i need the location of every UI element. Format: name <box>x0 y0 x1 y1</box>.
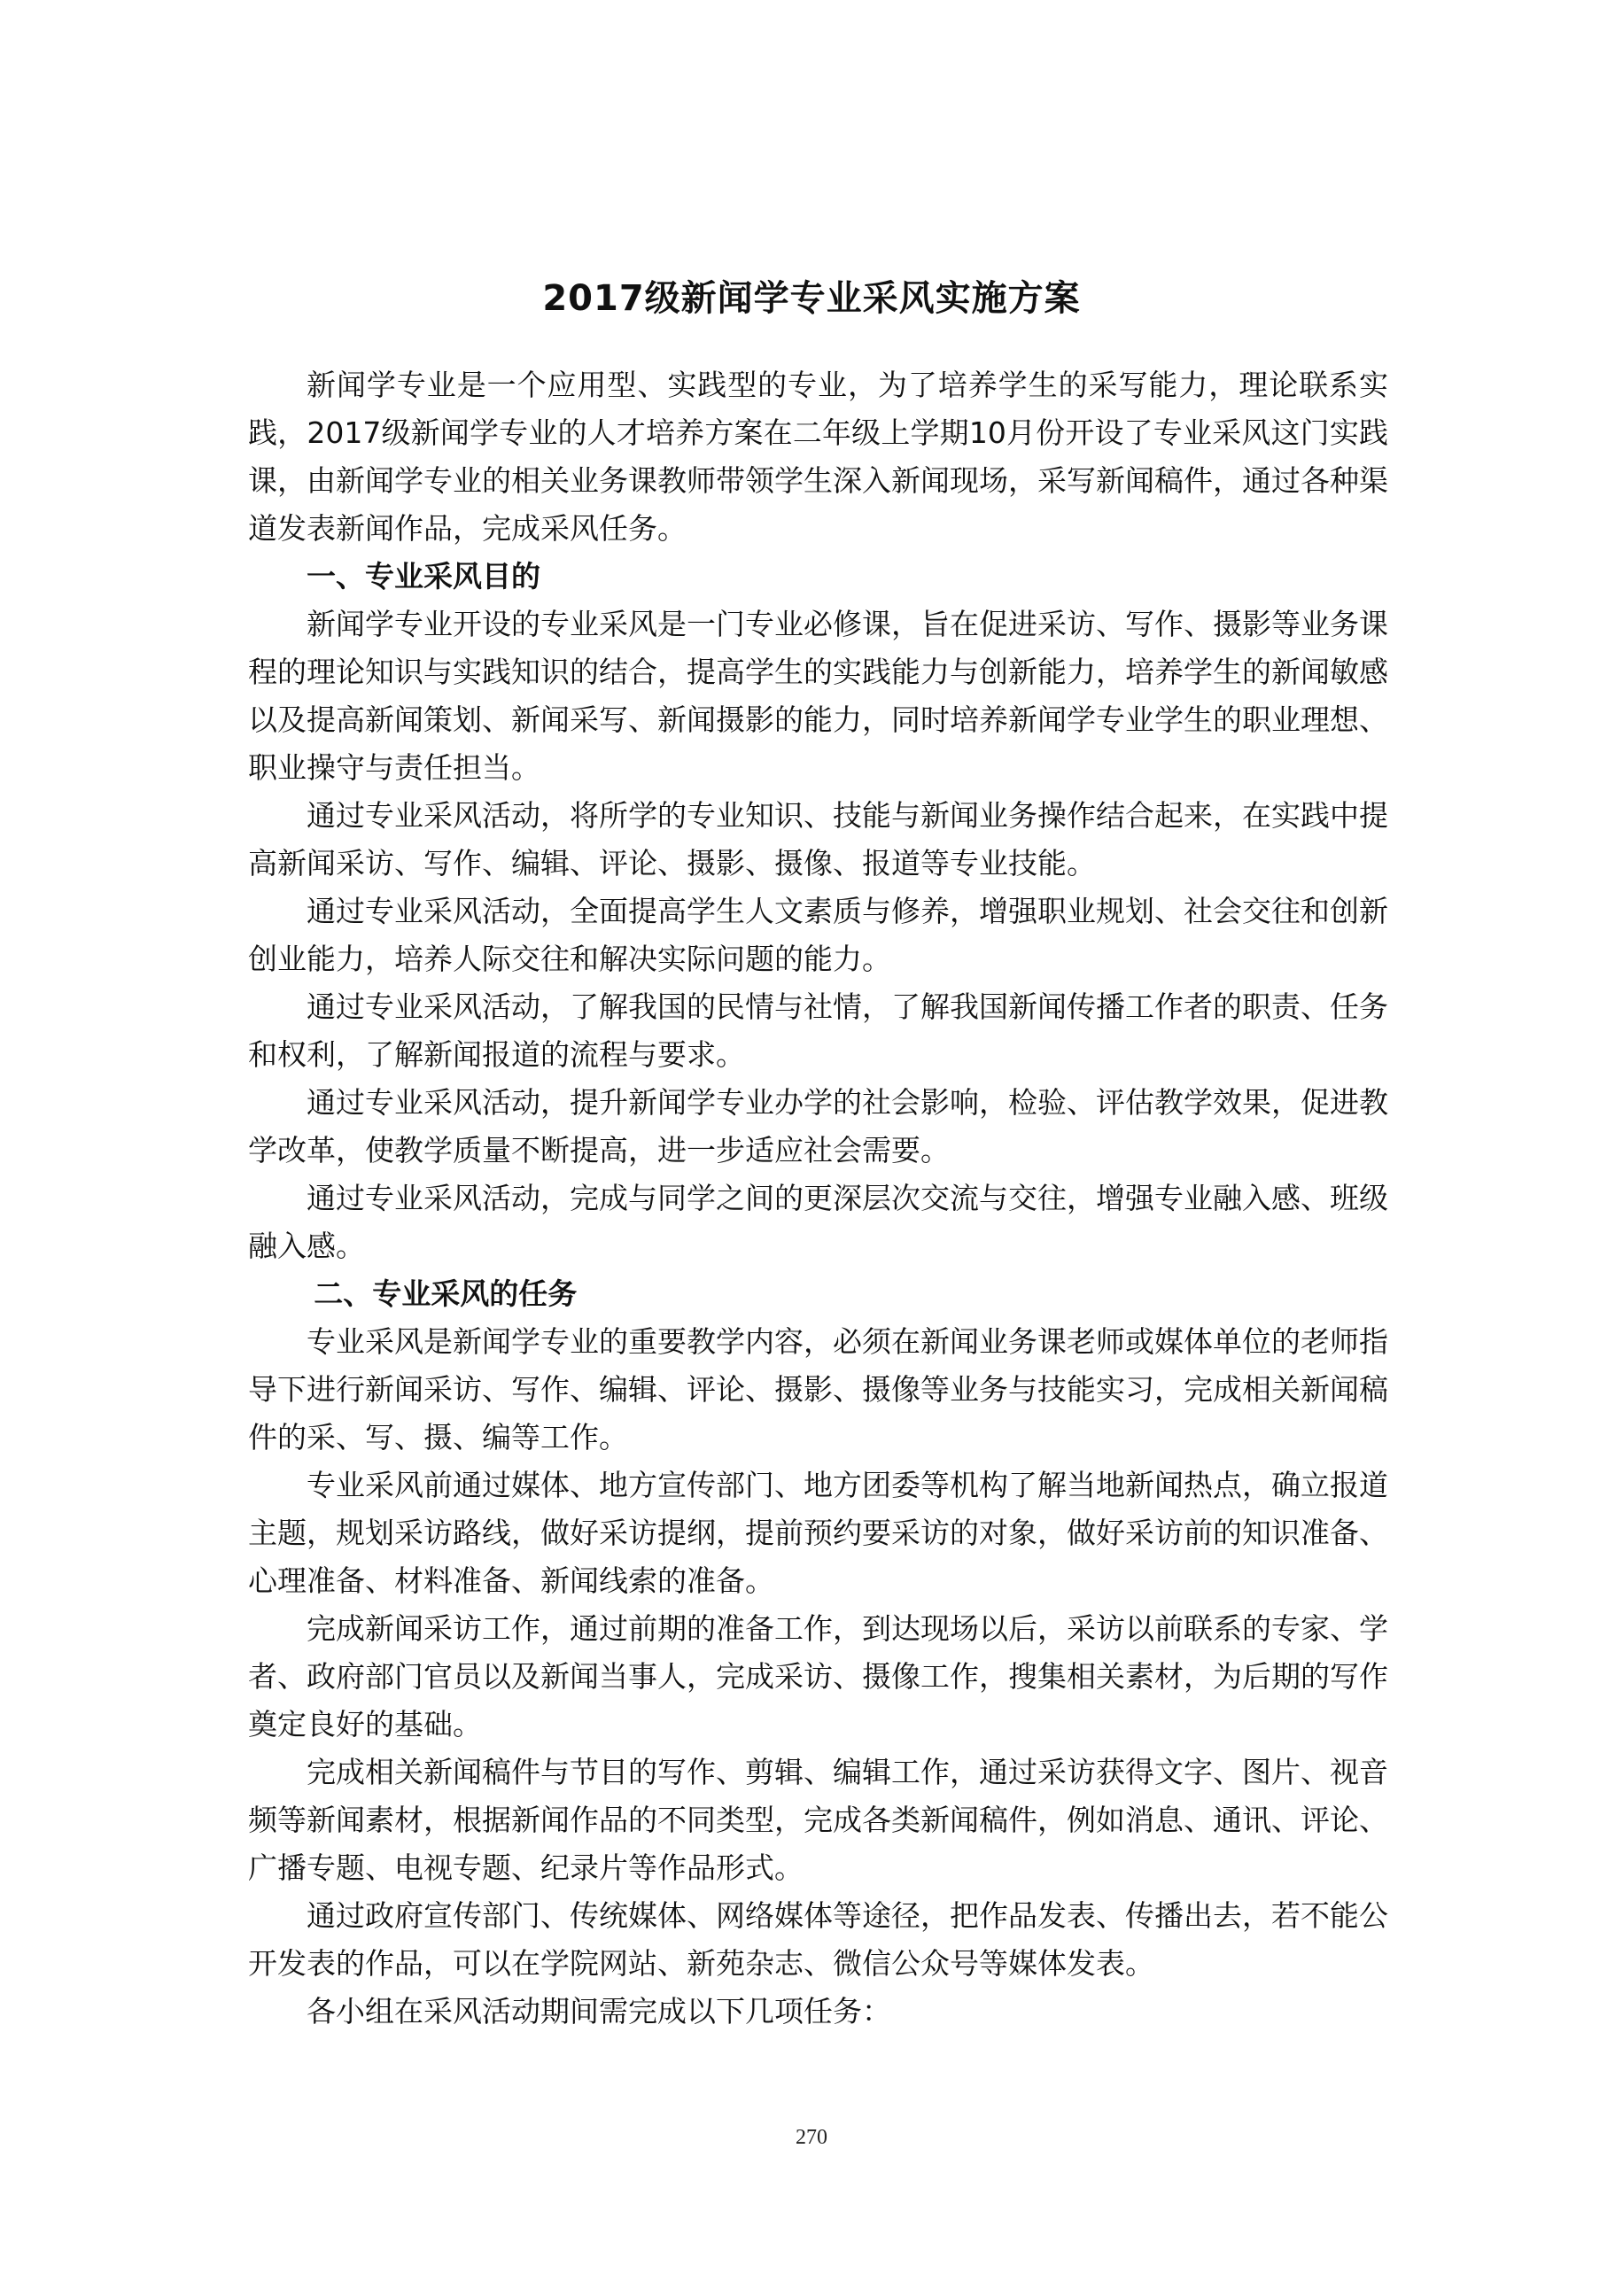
paragraph: 通过专业采风活动，将所学的专业知识、技能与新闻业务操作结合起来，在实践中提高新闻… <box>248 792 1388 888</box>
paragraph: 完成相关新闻稿件与节目的写作、剪辑、编辑工作，通过采访获得文字、图片、视音频等新… <box>248 1749 1388 1892</box>
paragraph: 通过专业采风活动，完成与同学之间的更深层次交流与交往，增强专业融入感、班级融入感… <box>248 1175 1388 1270</box>
intro-paragraph: 新闻学专业是一个应用型、实践型的专业，为了培养学生的采写能力，理论联系实践，20… <box>248 361 1388 553</box>
paragraph: 通过专业采风活动，全面提高学生人文素质与修养，增强职业规划、社会交往和创新创业能… <box>248 888 1388 983</box>
paragraph: 通过政府宣传部门、传统媒体、网络媒体等途径，把作品发表、传播出去，若不能公开发表… <box>248 1892 1388 1988</box>
paragraph: 通过专业采风活动，了解我国的民情与社情，了解我国新闻传播工作者的职责、任务和权利… <box>248 983 1388 1079</box>
paragraph: 通过专业采风活动，提升新闻学专业办学的社会影响，检验、评估教学效果，促进教学改革… <box>248 1079 1388 1175</box>
paragraph: 专业采风是新闻学专业的重要教学内容，必须在新闻业务课老师或媒体单位的老师指导下进… <box>248 1318 1388 1462</box>
page-title: 2017级新闻学专业采风实施方案 <box>0 274 1623 323</box>
paragraph: 完成新闻采访工作，通过前期的准备工作，到达现场以后，采访以前联系的专家、学者、政… <box>248 1605 1388 1749</box>
page-number: 270 <box>0 2126 1623 2150</box>
paragraph: 专业采风前通过媒体、地方宣传部门、地方团委等机构了解当地新闻热点，确立报道主题，… <box>248 1462 1388 1605</box>
document-body: 新闻学专业是一个应用型、实践型的专业，为了培养学生的采写能力，理论联系实践，20… <box>248 361 1388 2036</box>
paragraph: 新闻学专业开设的专业采风是一门专业必修课，旨在促进采访、写作、摄影等业务课程的理… <box>248 601 1388 792</box>
section-heading-tasks: 二、专业采风的任务 <box>248 1270 1388 1318</box>
section-heading-purpose: 一、专业采风目的 <box>248 553 1388 601</box>
paragraph: 各小组在采风活动期间需完成以下几项任务： <box>248 1988 1388 2036</box>
